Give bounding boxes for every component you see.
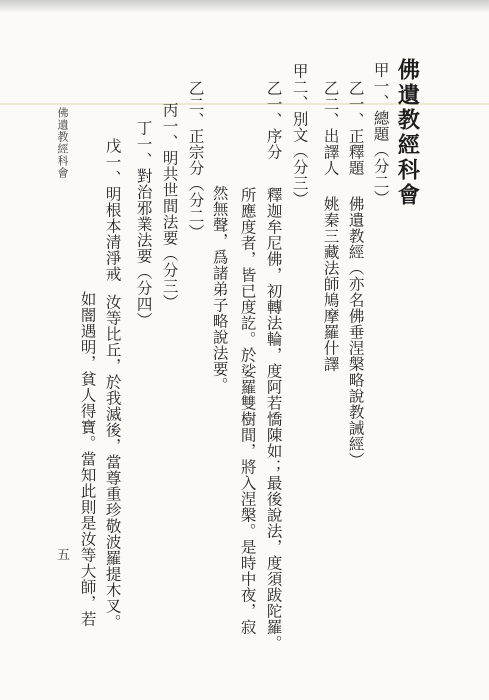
scan-top-edge [0, 0, 489, 13]
document-title: 佛遺教經科會 [394, 58, 420, 208]
outline-heading: 乙一、正釋題 [347, 80, 365, 176]
outline-item-yi2-main: 乙二、正宗分（分二） [186, 80, 205, 240]
outline-heading: 甲一、總題（分二） [372, 62, 390, 206]
scripture-text: 所應度者，皆已度訖。於娑羅雙樹間，將入涅槃。是時中夜，寂 [239, 187, 257, 635]
scripture-text-line3: 然無聲，爲諸弟子略說法要。 [210, 185, 229, 393]
outline-heading: 丁一、對治邪業法要（分四） [135, 120, 153, 328]
scripture-text: 然無聲，爲諸弟子略說法要。 [211, 185, 229, 393]
translator-text: 姚秦三藏法師鳩摩羅什譯 [322, 196, 340, 372]
scanned-page: 佛遺教經科會 五 佛遺教經科會 甲一、總題（分二） 乙一、正釋題佛遺教經（亦名佛… [0, 0, 489, 700]
outline-item-wu1: 戊一、明根本清淨戒汝等比丘，於我滅後，當尊重珍敬波羅提木叉。 [103, 138, 122, 630]
outline-heading: 丙一、明共世間法要（分三） [161, 102, 179, 310]
scripture-text-line2: 所應度者，皆已度訖。於娑羅雙樹間，將入涅槃。是時中夜，寂 [238, 187, 257, 635]
outline-item-jia2: 甲二、別文（分三） [290, 63, 309, 207]
outline-item-yi1-title: 乙一、正釋題佛遺教經（亦名佛垂涅槃略說教誡經） [346, 80, 365, 468]
outline-heading: 乙二、出譯人 [322, 80, 340, 176]
outline-heading: 戊一、明根本清淨戒 [104, 138, 122, 282]
scripture-text: 如闇遇明，貧人得寶。當知此則是汝等大師，若 [79, 291, 97, 627]
page-number: 五 [57, 544, 70, 563]
outline-item-yi1-preface: 乙一、序分釋迦牟尼佛，初轉法輪，度阿若憍陳如；最後說法，度須跋陀羅。 [264, 80, 283, 651]
outline-heading: 乙二、正宗分（分二） [187, 80, 205, 240]
outline-item-jia1: 甲一、總題（分二） [371, 62, 390, 206]
sutra-title-text: 佛遺教經（亦名佛垂涅槃略說教誡經） [347, 196, 365, 468]
outline-item-ding1: 丁一、對治邪業法要（分四） [134, 120, 153, 328]
outline-item-yi2-translator: 乙二、出譯人姚秦三藏法師鳩摩羅什譯 [321, 80, 340, 372]
outline-heading: 乙一、序分 [265, 80, 283, 160]
scripture-text-line4: 汝等比丘，於我滅後，當尊重珍敬波羅提木叉。 [104, 294, 122, 630]
outline-heading: 甲二、別文（分三） [291, 63, 309, 207]
scripture-text-line1: 釋迦牟尼佛，初轉法輪，度阿若憍陳如；最後說法，度須跋陀羅。 [265, 187, 283, 651]
margin-running-title: 佛遺教經科會 [54, 107, 70, 179]
outline-item-bing1: 丙一、明共世間法要（分三） [160, 102, 179, 310]
scripture-text-line5: 如闇遇明，貧人得寶。當知此則是汝等大師，若 [78, 291, 97, 627]
